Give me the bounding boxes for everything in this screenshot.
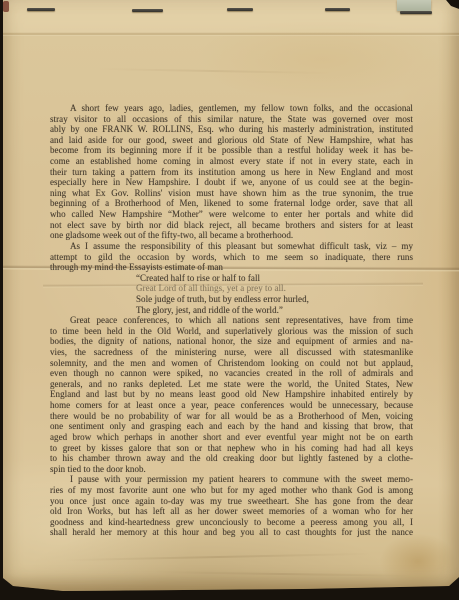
text-line: become from its beginning more if it be … xyxy=(50,145,413,156)
text-line: especially here in New Hampshire. I doub… xyxy=(50,177,413,188)
scan-backdrop: { "doc": { "description_label": "typewri… xyxy=(0,0,459,600)
text-line: “Created half to rise or half to fall xyxy=(136,273,413,284)
staple xyxy=(27,8,55,11)
text-line: home comers for at least once a year, pe… xyxy=(50,400,413,411)
text-line: ries of my most favorite aunt one who bu… xyxy=(50,485,413,496)
text-line: solemnity, and the men and women of Chri… xyxy=(50,358,413,369)
text-line: aged brow which perhaps in another short… xyxy=(50,432,413,443)
text-line: their turn taking a pattern from its ins… xyxy=(50,167,413,178)
text-line: England and last but by no means least g… xyxy=(50,389,413,400)
text-line: who called New Hampshire “Mother” were w… xyxy=(50,209,413,220)
text-line: ning what Ex Gov. Rollins' vision must h… xyxy=(50,188,413,199)
staple xyxy=(132,9,163,12)
text-line: attempt to gild the occasion by words, w… xyxy=(50,252,413,263)
text-line: not elect save by birth nor did black re… xyxy=(50,220,413,231)
document-page: A short few years ago, ladies, gentlemen… xyxy=(3,0,459,591)
text-line: Sole judge of truth, but by endless erro… xyxy=(136,294,413,305)
text-line: generals, and no ranks depleted. Let me … xyxy=(50,379,413,390)
text-line: there would be no probability of war for… xyxy=(50,411,413,422)
text-line: The glory, jest, and riddle of the world… xyxy=(136,305,413,316)
text-line: Great peace conferences, to which all na… xyxy=(50,315,413,326)
text-line: I pause with your permission my patient … xyxy=(50,474,413,485)
text-line: As I assume the responsibility of this p… xyxy=(50,241,413,252)
text-line: shall herald her memory at this hour and… xyxy=(50,527,413,538)
red-mark xyxy=(3,1,9,12)
text-line: one gladsome week out of the fifty-two, … xyxy=(50,230,413,241)
text-line: vies, the sacredness of the ministering … xyxy=(50,347,413,358)
text-line: bodies, the dignity of nations, national… xyxy=(50,336,413,347)
text-line: A short few years ago, ladies, gentlemen… xyxy=(50,103,413,114)
text-line: you once just once again to-day was my t… xyxy=(50,496,413,507)
text-line: beginning of a Brotherhood of Men, liken… xyxy=(50,198,413,209)
text-line: stray visitor to all occasions of this s… xyxy=(50,114,413,125)
document-body-text: A short few years ago, ladies, gentlemen… xyxy=(50,103,413,538)
text-line: to greet by kisses galore that son or th… xyxy=(50,443,413,454)
text-line: goodness and kind-heartedness grew uncon… xyxy=(50,517,413,528)
staple xyxy=(227,8,253,11)
text-line: to time been held in the Old World, and … xyxy=(50,326,413,337)
text-line: spin tied to the door knob. xyxy=(50,464,413,475)
text-line: even though no cannon were spiked, no va… xyxy=(50,368,413,379)
text-line: old Iron Works, but has left all as her … xyxy=(50,506,413,517)
staple xyxy=(325,8,350,11)
text-line: to his chamber thrown away and the old c… xyxy=(50,453,413,464)
staple xyxy=(400,11,432,14)
fold-crease-top xyxy=(3,32,459,36)
paper-top-band xyxy=(3,0,459,33)
text-line: Great Lord of all things, yet a prey to … xyxy=(136,283,413,294)
attached-tab xyxy=(397,0,431,11)
text-line: through my mind the Essayists estimate o… xyxy=(50,262,413,273)
text-line: and laid aside for our good, sweet and g… xyxy=(50,135,413,146)
text-line: one sentiment only and grasping each and… xyxy=(50,421,413,432)
text-line: ably by one FRANK W. ROLLINS, Esq. who d… xyxy=(50,124,413,135)
text-line: come an established home coming in almos… xyxy=(50,156,413,167)
